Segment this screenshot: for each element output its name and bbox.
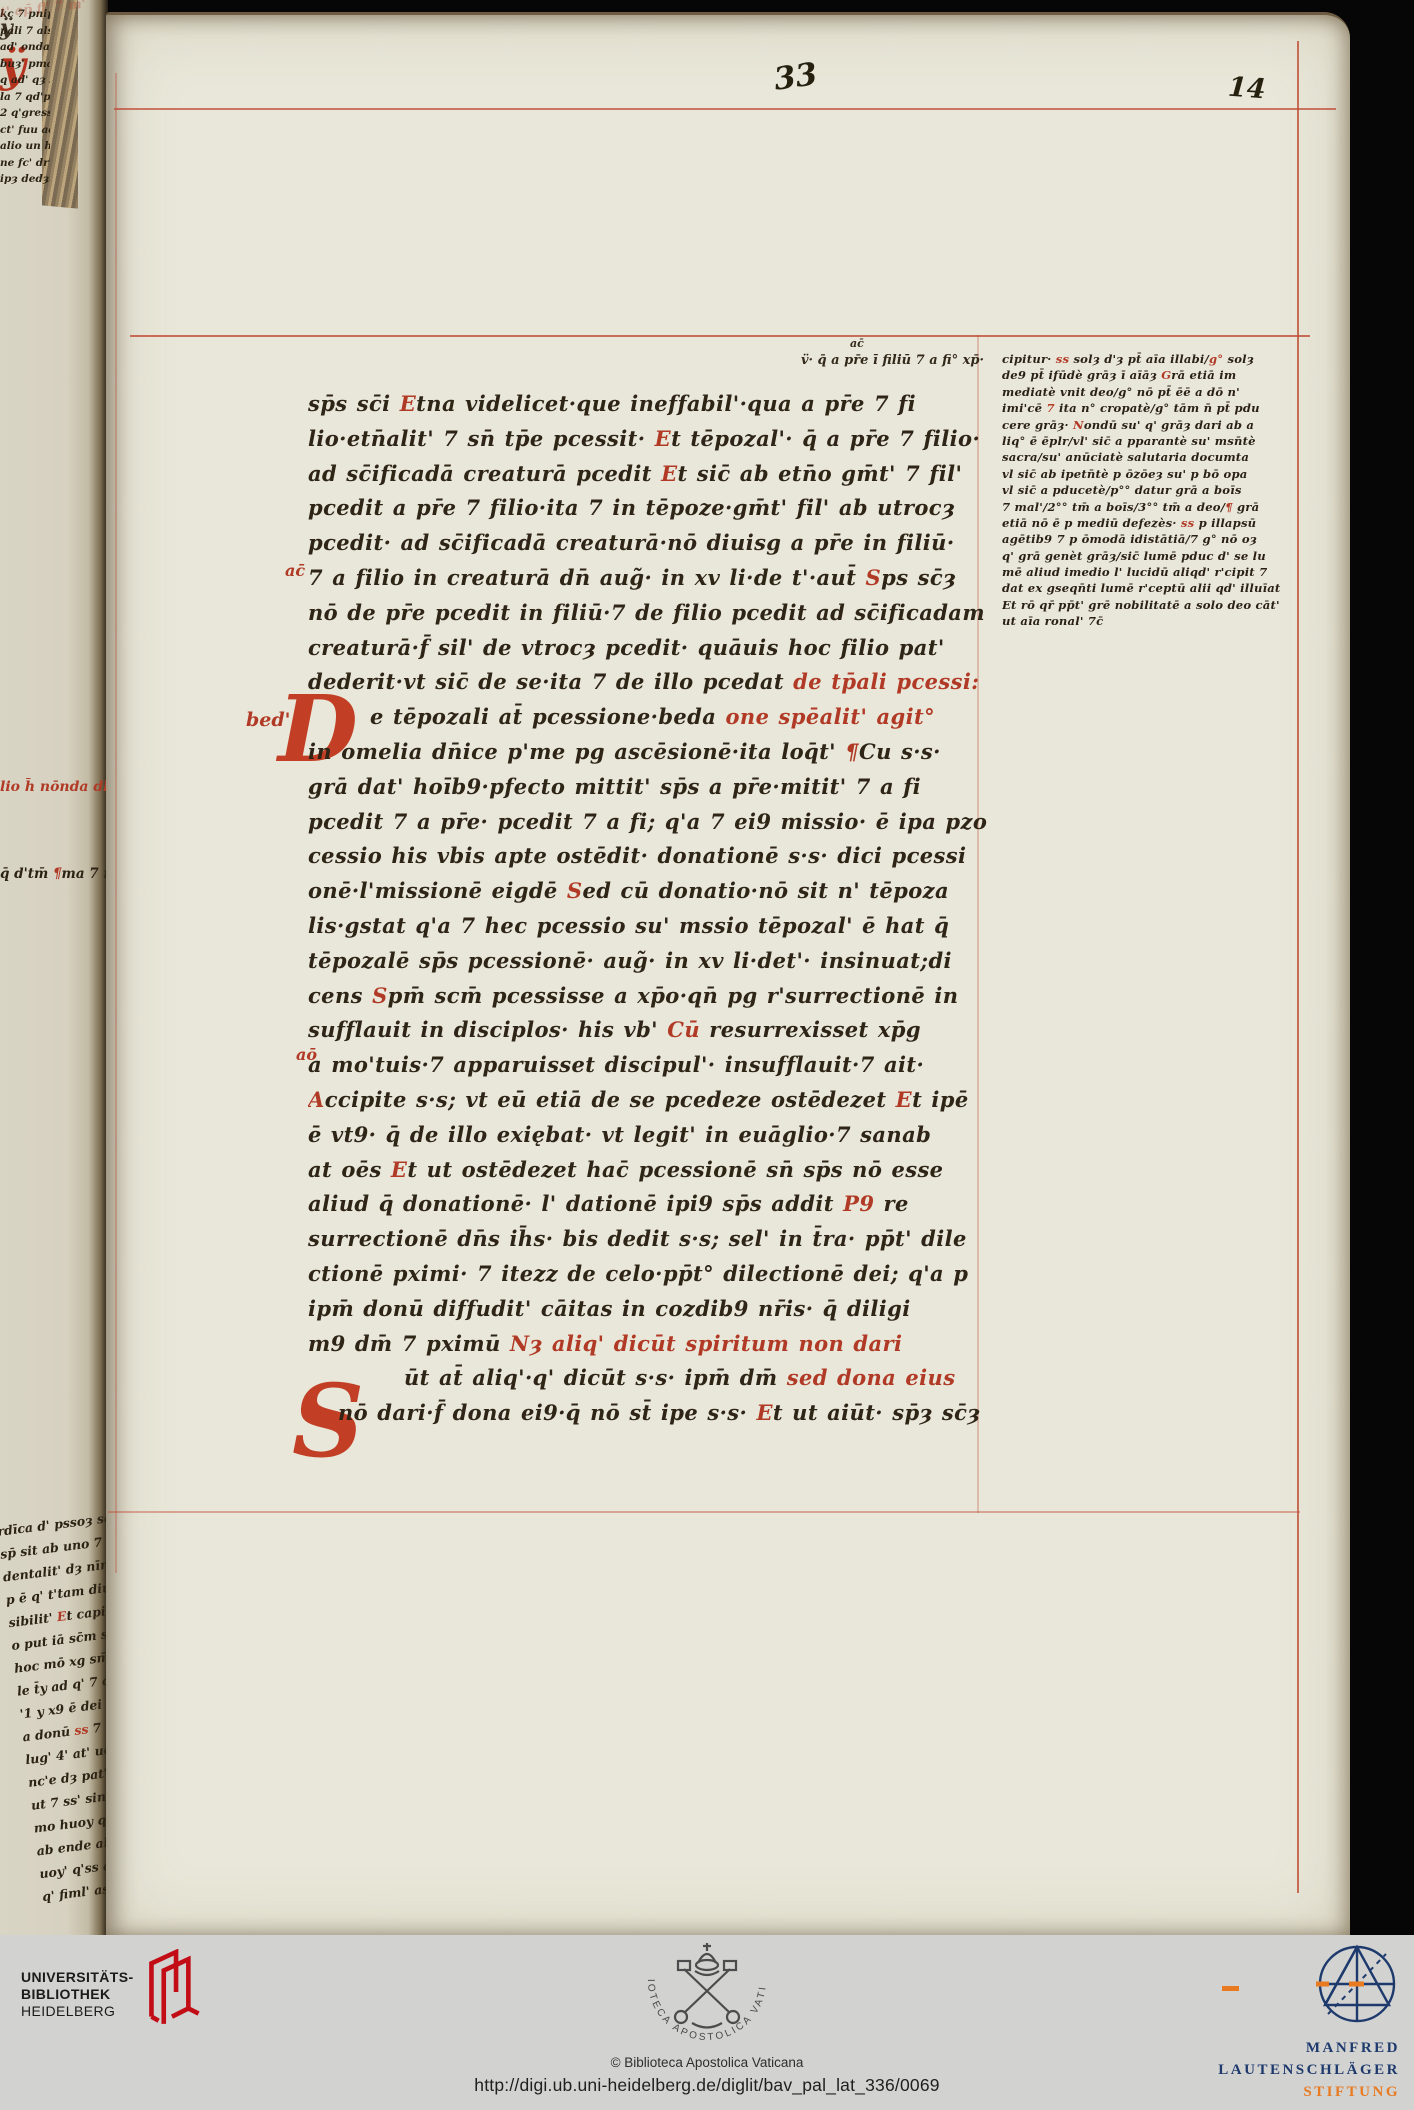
manuscript-text-line: e tēpozali at̄ pcessione·beda one spēali… [308,700,998,735]
ink-text-segment: ps sc̄ȝ [881,565,956,590]
manuscript-text-line: aliud q̄ donationē· l' dationē ipi9 sp̄s… [308,1187,998,1222]
rubricated-text-segment: S [372,983,388,1008]
gloss-text-line: ut aīa ronal' 7c̄ [1002,613,1334,629]
ink-text-segment: re [874,1191,908,1216]
manuscript-text-line: a mo'tuis·7 apparuisset discipul'· insuf… [308,1048,998,1083]
ink-text-segment: pm̄ scm̄ pcessisse a xp̄o·qn̄ pg r'surre… [388,983,959,1008]
gloss-text-line: vl sic̄ ab ipetn̄tè p ōzōeȝ su' p bō opa [1002,466,1334,482]
rubricated-text-segment: E [756,1400,772,1425]
manuscript-text-line: ipm̄ donū diffudit' cāitas in cozdib9 nr… [308,1292,998,1327]
ink-text-segment: t ipē [912,1087,969,1112]
ink-text-segment: q ad' qȝ se [0,74,50,86]
gloss-text-line: Et rō qr̄ pp̄t' grē nobilitatē a solo de… [1002,597,1334,613]
manuscript-text-line: dederit·vt sic̄ de se·ita 7 de illo pced… [308,665,998,700]
rubricated-text-segment: E [400,391,416,416]
manuscript-text-line: ē vt9· q̄ de illo exiębat· vt legit' in … [308,1118,998,1153]
manuscript-page: 33 14 v̈· q̄ a pr̄e ī filiū 7 a fi° xp̄·… [106,12,1350,1938]
ink-text-segment: solȝ [1223,352,1254,366]
previous-page-red-fragment: lio h̄ nōnda dl' [0,778,106,796]
ink-text-segment: pcedit a pr̄e 7 filio·ita 7 in tēpoze·gm… [308,495,955,520]
ink-text-segment: nō de pr̄e pcedit in filiū·7 de filio pc… [308,600,985,625]
manuscript-text-line: cessio his vbis apte ostēdit· donationē … [308,839,998,874]
manuscript-text-line: Accipite s·s; vt eū etiā de se pcedeze o… [308,1083,998,1118]
gloss-text-line: q' grā genèt grāȝ/sic̄ lumē pduc d' se l… [1002,548,1334,564]
ink-text-segment: at oēs [308,1157,391,1182]
ink-text-segment: q' grā genèt grāȝ/sic̄ lumē pduc d' se l… [1002,549,1266,563]
gloss-text-line: liq° ē ēplr/vl' sic̄ a pparantè su' msn̄… [1002,433,1334,449]
ink-text-segment: t sic̄ ab etn̄o gm̄t' 7 fil' [678,461,963,486]
source-url: http://digi.ub.uni-heidelberg.de/diglit/… [0,2075,1414,2096]
ink-text-segment: dederit·vt sic̄ de se·ita 7 de illo pced… [308,669,793,694]
marginal-gloss-block: cipitur· ss solȝ d'ȝ pt̄ aīa illabi/g° s… [1002,351,1334,630]
rubricated-text-segment: S [866,565,882,590]
rubricated-text-segment: G [1161,368,1171,382]
digitized-manuscript-scan: { "colors":{"red_ink":"#b13a26","black_i… [0,0,1414,2110]
mls-line3: STIFTUNG [1218,2081,1400,2103]
manuscript-text-line: m9 dm̄ 7 pximū Nȝ aliq' dicūt spiritum n… [308,1327,998,1362]
ink-text-segment: lio·etn̄alit' 7 sn̄ tp̄e pcessit· [308,426,655,451]
previous-page-text-fragment-top: kc 7 pnipiāpali 7 alsȝad' onda q'buȝ' pm… [0,6,50,188]
ruling-line-right [1297,41,1299,1893]
rubricated-text-segment: A [308,1087,325,1112]
ink-text-segment: lis·gstat q'a 7 hec pcessio su' mssio tē… [308,913,949,938]
ink-text-segment: cens [308,983,372,1008]
ink-text-segment: de9 pt̄ ifūdè grāȝ ī aīāȝ [1002,368,1161,382]
gloss-text-line: mē aliud imedio l' lucidū aliqd' r'cipit… [1002,564,1334,580]
ink-text-segment: buȝ' pma li [0,58,50,70]
gloss-text-line: agētib9 7 p ōmodā idistātiā/7 g° nō oȝ [1002,531,1334,547]
ink-text-segment: vl sic̄ ab ipetn̄tè p ōzōeȝ su' p bō opa [1002,467,1247,481]
ink-text-segment: etiā nō ē p mediū defezès· [1002,516,1181,530]
gloss-text-line: dat ex gseqn̄ti lumē r'ceptū alii qd' il… [1002,580,1334,596]
rubricated-text-segment: N [1073,418,1084,432]
ink-text-segment: resurrexisset xp̄g [700,1017,921,1042]
manuscript-text-line: in omelia dn̄ice p'me pg ascēsionē·ita l… [308,735,998,770]
gloss-text-line: etiā nō ē p mediū defezès· ss p illapsū [1002,515,1334,531]
previous-page-edge: kc 7 pnipiāpali 7 alsȝad' onda q'buȝ' pm… [0,0,108,1935]
ub-heidelberg-wordmark: UNIVERSITÄTS- BIBLIOTHEK HEIDELBERG [21,1969,134,2020]
manuscript-text-line: tēpozalē sp̄s pcessionē· aug̃· in xv li·… [308,944,998,979]
ink-text-segment: vl sic̄ a pducetè/p°° datur grā a boīs [1002,483,1242,497]
rubricated-text-segment: Cū [667,1017,700,1042]
ink-text-segment: a mo'tuis·7 apparuisset discipul'· insuf… [308,1052,924,1077]
ink-text-segment: mē aliud imedio l' lucidū aliqd' r'cipit… [1002,565,1267,579]
mls-line2: LAUTENSCHLÄGER [1218,2059,1400,2081]
ruling-line-header [130,335,1310,337]
ink-text-segment: onē·l'missionē eigdē [308,878,567,903]
manuscript-text-line: onē·l'missionē eigdē Sed cū donatio·nō s… [308,874,998,909]
fragment-text-line: lio h̄ nōnda dl' [0,778,106,796]
rubricated-text-segment: S [567,878,583,903]
mls-wordmark: MANFRED LAUTENSCHLÄGER STIFTUNG [1218,2037,1400,2103]
fragment-text-line: alio un heȝ [0,138,50,155]
ink-text-segment: imi'cē [1002,401,1047,415]
gloss-text-line: sacra/su' anūciatè salutaria documta [1002,449,1334,465]
rubricated-text-segment: E [655,426,671,451]
ink-text-segment: creaturā·f̄ sil' de vtrocȝ pcedit· quāui… [308,635,945,660]
ink-text-segment: tna videlicet·que ineffabil'·qua a pr̄e … [416,391,916,416]
ink-text-segment: tēpozalē sp̄s pcessionē· aug̃· in xv li·… [308,948,952,973]
ink-text-segment: ctionē pximi· 7 itezz de celo·pp̄t° dile… [308,1261,968,1286]
ink-text-segment: lio h̄ nōnda dl' [0,779,106,795]
fragment-text-line: ad' onda q' [0,39,50,56]
ink-text-segment: nō dari·f̄ dona ei9·q̄ nō st̄ ipe s·s· [338,1400,756,1425]
folio-number-ink: 33 [772,56,820,98]
vatican-seal-icon: BIBLIOTECA APOSTOLICA VATICANA [632,1939,782,2053]
footer-bar: UNIVERSITÄTS- BIBLIOTHEK HEIDELBERG [0,1935,1414,2110]
ub-line2: BIBLIOTHEK [21,1986,134,2003]
manuscript-text-line: sufflauit in disciplos· his vb' Cū resur… [308,1013,998,1048]
ink-text-segment: cessio his vbis apte ostēdit· donationē … [308,843,966,868]
ink-text-segment: cipitur· [1002,352,1056,366]
ink-text-segment: grā dat' hoīb9·pfecto mittit' sp̄s a pr̄… [308,774,921,799]
mls-line1: MANFRED [1218,2037,1400,2059]
ink-text-segment: la 7 qd'poss [0,91,50,103]
ink-text-segment: ct' fuu ad t [0,124,50,136]
rubricated-text-segment: de tp̄ali pcessi: [793,669,979,694]
ink-text-segment: alio un heȝ [0,140,50,152]
ink-text-segment: ad' onda q' [0,41,50,53]
ink-text-segment: aliud q̄ donationē· l' dationē ipi9 sp̄s… [308,1191,843,1216]
fragment-text-line: ct' fuu ad t [0,122,50,139]
ub-heidelberg-book-icon [138,1949,210,2031]
ink-text-segment: ita n° cropatè/g° tām n̄ pt̄ pdu [1055,401,1260,415]
ink-text-segment: 2 q'gressoȝ [0,107,50,119]
manuscript-text-line: pcedit 7 a pr̄e· pcedit 7 a fi; q'a 7 ei… [308,805,998,840]
fragment-text-line: 2 q'gressoȝ [0,105,50,122]
ub-line3: HEIDELBERG [21,2003,134,2020]
previous-page-text-fragment-bottom: rdīca d' pssoȝ sc̄asp̄ sit ab uno 7 cālȝ… [0,1501,108,1909]
gloss-text-line: cipitur· ss solȝ d'ȝ pt̄ aīa illabi/g° s… [1002,351,1334,367]
ink-text-segment: ma 7 mal' [62,866,106,882]
ink-text-segment: ūt at̄ aliq'·q' dicūt s·s· ipm̄ dm̄ [404,1365,787,1390]
ink-text-segment: ipm̄ donū diffudit' cāitas in cozdib9 nr… [308,1296,911,1321]
manuscript-text-line: at oēs Et ut ostēdezet hac̄ pcessionē sn… [308,1153,998,1188]
rubricated-text-segment: E [661,461,677,486]
previous-page-black-fragment: q̄ d'tm̄ ¶ma 7 mal' [0,866,106,883]
rubricated-text-segment: one spēalit' agit° [726,704,936,729]
ink-text-segment: t tēpozal'· q̄ a pr̄e 7 filio· [671,426,980,451]
ink-text-segment: pcedit· ad sc̄ificadā creaturā·nō diuisg… [308,530,955,555]
ruling-line-top [114,108,1336,110]
ink-text-segment: p illapsū [1194,516,1256,530]
main-text-block: sp̄s sc̄i Etna videlicet·que ineffabil'·… [308,387,998,1431]
manuscript-text-line: nō dari·f̄ dona ei9·q̄ nō st̄ ipe s·s· E… [308,1396,998,1431]
ink-text-segment: sufflauit in disciplos· his vb' [308,1017,667,1042]
folio-number-modern: 14 [1227,72,1267,106]
manuscript-text-line: surrectionē dn̄s ih̄s· bis dedit s·s; se… [308,1222,998,1257]
ink-text-segment: dat ex gseqn̄ti lumē r'ceptū alii qd' il… [1002,581,1281,595]
manuscript-text-line: ad sc̄ificadā creaturā pcedit Et sic̄ ab… [308,457,998,492]
ub-line1: UNIVERSITÄTS- [21,1969,134,1986]
ink-text-segment: pcedit 7 a pr̄e· pcedit 7 a fi; q'a 7 ei… [308,809,987,834]
manuscript-text-line: ctionē pximi· 7 itezz de celo·pp̄t° dile… [308,1257,998,1292]
fragment-text-line: buȝ' pma li [0,56,50,73]
ink-text-segment: surrectionē dn̄s ih̄s· bis dedit s·s; se… [308,1226,967,1251]
manuscript-text-line: pcedit a pr̄e 7 filio·ita 7 in tēpoze·gm… [308,491,998,526]
manuscript-text-line: pcedit· ad sc̄ificadā creaturā·nō diuisg… [308,526,998,561]
rubricated-text-segment: 7 [1047,401,1055,415]
ink-text-segment: agētib9 7 p ōmodā idistātiā/7 g° nō oȝ [1002,532,1257,546]
ink-text-segment: 7 mal'/2°° tm̄ a boīs/3°° tm̄ a deo/ [1002,500,1225,514]
rubricated-text-segment: sed dona eius [787,1365,956,1390]
rubricated-text-segment: E [896,1087,912,1112]
gloss-text-line: 7 mal'/2°° tm̄ a boīs/3°° tm̄ a deo/¶ gr… [1002,499,1334,515]
ink-text-segment: ccipite s·s; vt eū etiā de se pcedeze os… [325,1087,896,1112]
interlinear-addition: v̈· q̄ a pr̄e ī filiū 7 a fi° xp̄· [560,353,984,368]
ruling-line-left [115,73,117,1573]
ink-text-segment: grā [1233,500,1260,514]
fragment-text-line: q̄ d'tm̄ ¶ma 7 mal' [0,866,106,883]
rubricated-text-segment: ¶ [845,739,859,764]
fragment-text-line: ne fc' dr' [0,155,50,172]
ink-text-segment: Et rō qr̄ pp̄t' grē nobilitatē a solo de… [1002,598,1280,612]
rubricated-text-segment: ¶ [1225,500,1233,514]
ink-text-segment: ē vt9· q̄ de illo exiębat· vt legit' in … [308,1122,931,1147]
mls-globe-icon [1316,1943,1398,2025]
manuscript-text-line: grā dat' hoīb9·pfecto mittit' sp̄s a pr̄… [308,770,998,805]
rubricated-text-segment: g° [1209,352,1223,366]
ink-text-segment: sp̄s sc̄i [308,391,400,416]
gloss-text-line: vl sic̄ a pducetè/p°° datur grā a boīs [1002,482,1334,498]
ink-text-segment: a donū [22,1723,76,1744]
ink-text-segment: cere grāȝ· [1002,418,1073,432]
manuscript-text-line: lis·gstat q'a 7 hec pcessio su' mssio tē… [308,909,998,944]
gloss-text-line: imi'cē 7 ita n° cropatè/g° tām n̄ pt̄ pd… [1002,400,1334,416]
fragment-text-line: la 7 qd'poss [0,89,50,106]
fragment-text-line: ipȝ dedȝt [0,171,50,188]
gloss-text-line: de9 pt̄ ifūdè grāȝ ī aīāȝ Grā etiā im [1002,367,1334,383]
ink-text-segment: 7 grā aīa [87,1713,108,1736]
rubricated-text-segment: ss [1056,352,1069,366]
manuscript-text-line: sp̄s sc̄i Etna videlicet·que ineffabil'·… [308,387,998,422]
ink-text-segment: ed cū donatio·nō sit n' tēpoza [582,878,948,903]
ink-text-segment: ad sc̄ificadā creaturā pcedit [308,461,661,486]
ink-text-segment: sibilit' [8,1609,58,1630]
ink-text-segment: ondū su' q' grāȝ dari ab a [1084,418,1254,432]
ink-text-segment: e tēpozali at̄ pcessione·beda [370,704,726,729]
gloss-text-line: cere grāȝ· Nondū su' q' grāȝ dari ab a [1002,417,1334,433]
ink-text-segment: m9 dm̄ 7 pximū [308,1331,510,1356]
ink-text-segment: t ut aiūt· sp̄ȝ sc̄ȝ [773,1400,981,1425]
vatican-copyright: © Biblioteca Apostolica Vaticana [0,2055,1414,2070]
manuscript-text-line: lio·etn̄alit' 7 sn̄ tp̄e pcessit· Et tēp… [308,422,998,457]
manuscript-text-line: nō de pr̄e pcedit in filiū·7 de filio pc… [308,596,998,631]
ink-text-segment: q̄ d'tm̄ [0,866,53,882]
ink-text-segment: ut aīa ronal' 7c̄ [1002,614,1103,628]
rubricated-text-segment: ss [1181,516,1194,530]
ruling-line-bottom [108,1511,1300,1513]
ink-text-segment: pali 7 alsȝ [0,25,50,37]
ink-text-segment: Cu s·s· [859,739,941,764]
fragment-text-line: pali 7 alsȝ [0,23,50,40]
rubricated-text-segment: Nȝ aliq' dicūt spiritum non dari [510,1331,903,1356]
ink-text-segment: sacra/su' anūciatè salutaria documta [1002,450,1249,464]
margin-note-ac: ac̄ [285,561,305,580]
ink-text-segment: solȝ d'ȝ pt̄ aīa illabi/ [1069,352,1209,366]
ink-text-segment: mediatè vnit deo/g° nō pt̄ ēē a dō n' [1002,385,1240,399]
manuscript-text-line: ūt at̄ aliq'·q' dicūt s·s· ipm̄ dm̄ sed … [308,1361,998,1396]
superscript-correction: ac̄ [850,337,864,350]
ink-text-segment: t ut ostēdezet hac̄ pcessionē sn̄ sp̄s n… [407,1157,943,1182]
ink-text-segment: liq° ē ēplr/vl' sic̄ a pparantè su' msn̄… [1002,434,1256,448]
ink-text-segment: ipȝ dedȝt [0,173,50,185]
manuscript-text-line: cens Spm̄ scm̄ pcessisse a xp̄o·qn̄ pg r… [308,979,998,1014]
ink-text-segment: 7 a filio in creaturā dn̄ aug̃· in xv li… [308,565,866,590]
manuscript-text-line: 7 a filio in creaturā dn̄ aug̃· in xv li… [308,561,998,596]
manuscript-text-line: creaturā·f̄ sil' de vtrocȝ pcedit· quāui… [308,631,998,666]
ink-text-segment: ne fc' dr' [0,157,50,169]
ink-text-segment: in omelia dn̄ice p'me pg ascēsionē·ita l… [308,739,845,764]
gloss-text-line: mediatè vnit deo/g° nō pt̄ ēē a dō n' [1002,384,1334,400]
rubricated-text-segment: P9 [843,1191,874,1216]
ink-text-segment: rā etiā im [1171,368,1236,382]
rubricated-text-segment: ¶ [53,866,62,882]
rubricated-text-segment: E [391,1157,407,1182]
mls-orange-dash [1222,1986,1239,1991]
fragment-text-line: q ad' qȝ se [0,72,50,89]
